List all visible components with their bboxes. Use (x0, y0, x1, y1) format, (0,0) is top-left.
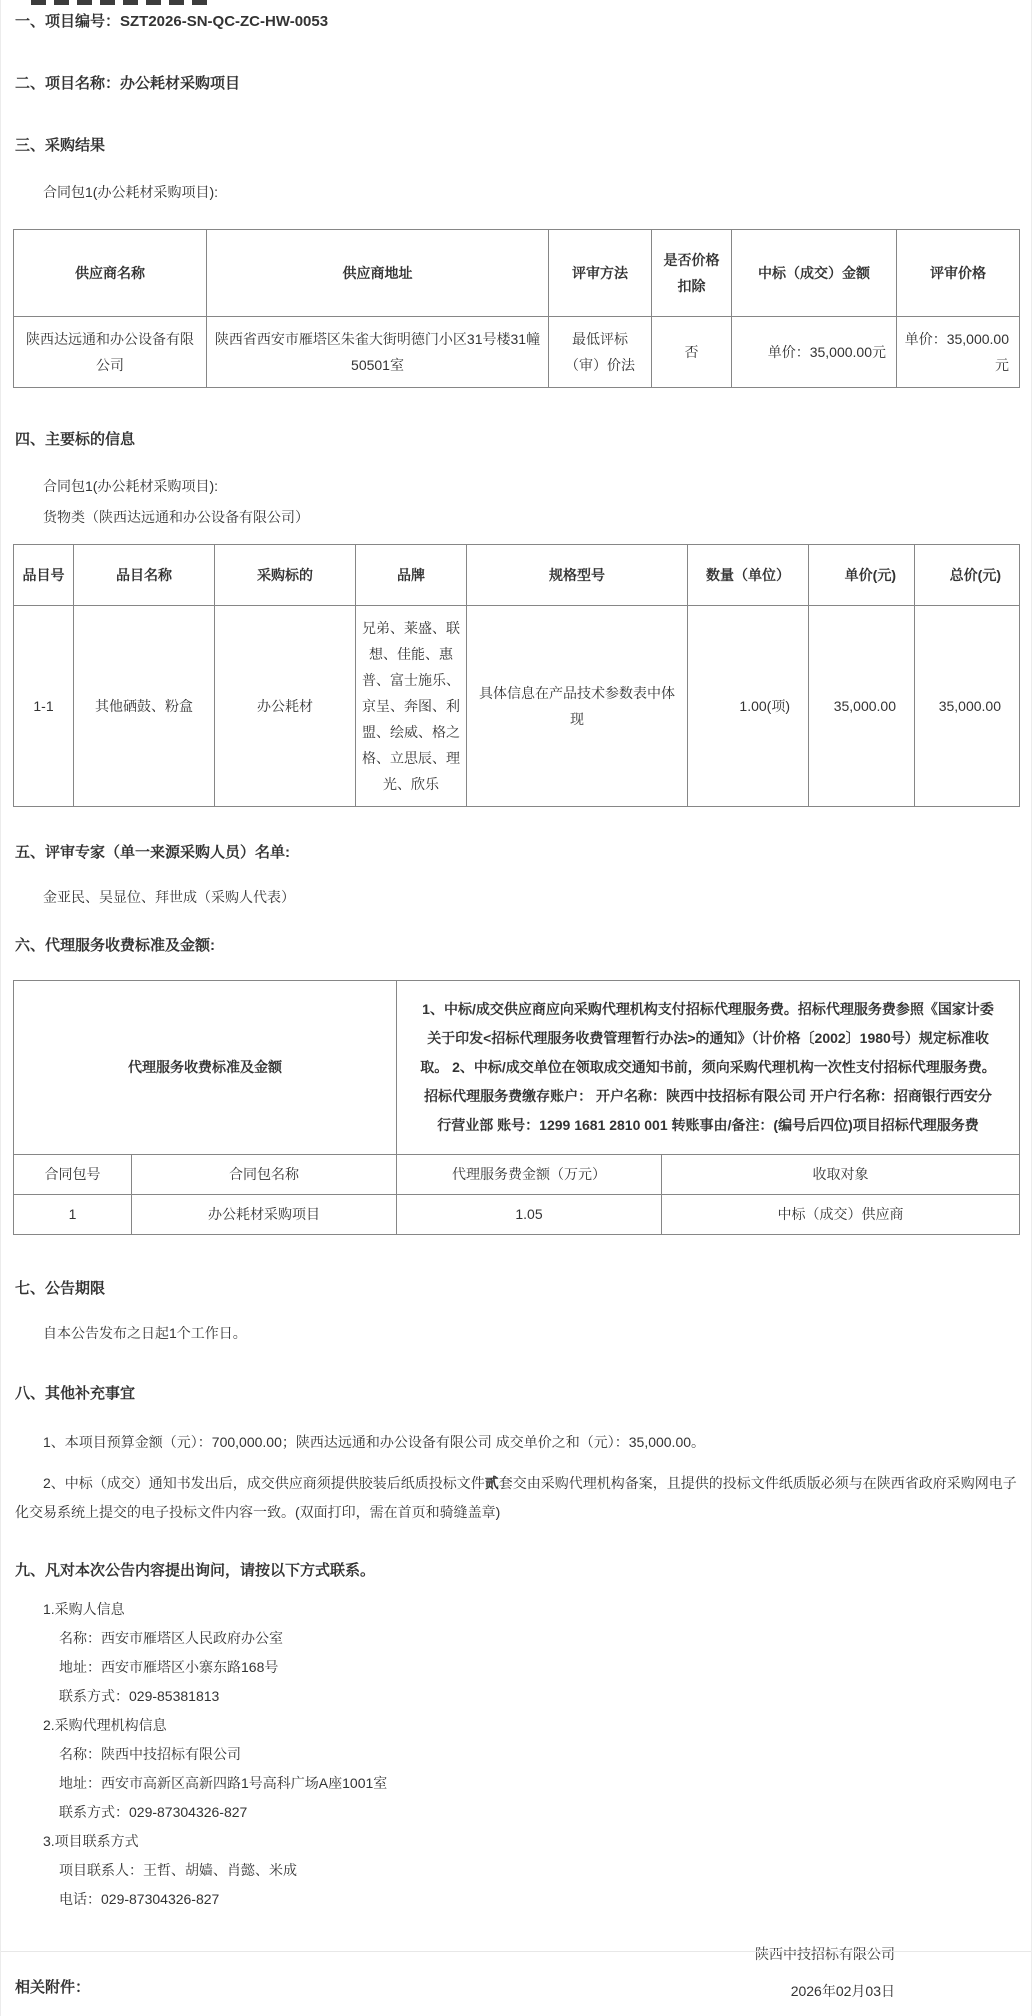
section-experts: 五、评审专家（单一来源采购人员）名单: (15, 843, 1017, 863)
cell-item-no: 1-1 (14, 606, 74, 807)
section-supplementary: 八、其他补充事宜 (15, 1384, 1017, 1404)
project-contact-phone: 电话：029-87304326-827 (59, 1885, 1031, 1914)
supplementary-item-1: 1、本项目预算金额（元）：700,000.00；陕西达远通和办公设备有限公司 成… (15, 1428, 1017, 1457)
notice-period-body: 自本公告发布之日起1个工作日。 (43, 1323, 1017, 1344)
col-item-name: 品目名称 (74, 545, 215, 606)
cell-package-name: 办公耗材采购项目 (132, 1195, 397, 1235)
col-fee-amount: 代理服务费金额（万元） (397, 1155, 662, 1195)
section-subject-info: 四、主要标的信息 (15, 430, 1017, 450)
col-package-name: 合同包名称 (132, 1155, 397, 1195)
supplementary-item-2-bold: 贰 (485, 1475, 499, 1491)
agency-fee-table: 代理服务收费标准及金额 1、中标/成交供应商应向采购代理机构支付招标代理服务费。… (13, 980, 1020, 1235)
col-procurement-subject: 采购标的 (215, 545, 356, 606)
cell-supplier-name: 陕西达远通和办公设备有限公司 (14, 317, 207, 388)
agency-info-title: 2.采购代理机构信息 (43, 1711, 1031, 1740)
purchaser-info-title: 1.采购人信息 (43, 1595, 1031, 1624)
col-package-no: 合同包号 (14, 1155, 132, 1195)
section-agency-fee: 六、代理服务收费标准及金额: (15, 936, 1017, 956)
section-procurement-result: 三、采购结果 (15, 136, 1017, 156)
section-notice-period: 七、公告期限 (15, 1279, 1017, 1299)
cell-unit-price: 35,000.00 (809, 606, 915, 807)
project-contact-persons: 项目联系人：王哲、胡嫱、肖懿、米成 (59, 1856, 1031, 1885)
fee-notice-row: 代理服务收费标准及金额 1、中标/成交供应商应向采购代理机构支付招标代理服务费。… (14, 981, 1020, 1155)
result-table-header-row: 供应商名称 供应商地址 评审方法 是否价格扣除 中标（成交）金额 评审价格 (14, 230, 1020, 317)
col-quantity: 数量（单位） (688, 545, 809, 606)
fee-header-row: 合同包号 合同包名称 代理服务费金额（万元） 收取对象 (14, 1155, 1020, 1195)
subject-table-row: 1-1 其他硒鼓、粉盒 办公耗材 兄弟、莱盛、联想、佳能、惠普、富士施乐、京呈、… (14, 606, 1020, 807)
attachments-label: 相关附件： (15, 1979, 90, 1996)
cell-supplier-address: 陕西省西安市雁塔区朱雀大街明德门小区31号楼31幢50501室 (207, 317, 549, 388)
cropped-title-fragment (31, 0, 211, 5)
cell-item-name: 其他硒鼓、粉盒 (74, 606, 215, 807)
cell-review-method: 最低评标（审）价法 (549, 317, 652, 388)
col-supplier-address: 供应商地址 (207, 230, 549, 317)
purchaser-phone: 联系方式：029-85381813 (59, 1682, 1031, 1711)
purchaser-address: 地址：西安市雁塔区小寨东路168号 (59, 1653, 1031, 1682)
col-spec-model: 规格型号 (467, 545, 688, 606)
cell-award-amount: 单价：35,000.00元 (732, 317, 897, 388)
attachments-section: 相关附件： (1, 1951, 1031, 1997)
cell-review-price: 单价：35,000.00元 (897, 317, 1020, 388)
col-unit-price: 单价(元) (809, 545, 915, 606)
agency-address: 地址：西安市高新区高新四路1号高科广场A座1001室 (59, 1769, 1031, 1798)
agency-info-block: 2.采购代理机构信息 名称：陕西中技招标有限公司 地址：西安市高新区高新四路1号… (1, 1711, 1031, 1827)
section-project-name: 二、项目名称：办公耗材采购项目 (15, 74, 1017, 94)
expert-names: 金亚民、吴显位、拜世成（采购人代表） (43, 887, 1017, 908)
cell-fee-payer: 中标（成交）供应商 (662, 1195, 1020, 1235)
project-contact-block: 3.项目联系方式 项目联系人：王哲、胡嫱、肖懿、米成 电话：029-873043… (1, 1827, 1031, 1914)
agency-phone: 联系方式：029-87304326-827 (59, 1798, 1031, 1827)
cell-price-deduction: 否 (652, 317, 732, 388)
subject-category-label: 货物类（陕西达远通和办公设备有限公司） (43, 507, 1017, 528)
supplementary-item-2-pre: 2、中标（成交）通知书发出后，成交供应商须提供胶装后纸质投标文件 (43, 1475, 485, 1491)
col-award-amount: 中标（成交）金额 (732, 230, 897, 317)
subject-package-label: 合同包1(办公耗材采购项目): (43, 476, 1017, 497)
cell-fee-amount: 1.05 (397, 1195, 662, 1235)
fee-data-row: 1 办公耗材采购项目 1.05 中标（成交）供应商 (14, 1195, 1020, 1235)
col-supplier-name: 供应商名称 (14, 230, 207, 317)
col-brand: 品牌 (356, 545, 467, 606)
project-contact-title: 3.项目联系方式 (43, 1827, 1031, 1856)
col-item-no: 品目号 (14, 545, 74, 606)
purchaser-info-block: 1.采购人信息 名称：西安市雁塔区人民政府办公室 地址：西安市雁塔区小寨东路16… (1, 1595, 1031, 1711)
cell-spec-model: 具体信息在产品技术参数表中体现 (467, 606, 688, 807)
col-review-method: 评审方法 (549, 230, 652, 317)
purchaser-name: 名称：西安市雁塔区人民政府办公室 (59, 1624, 1031, 1653)
cell-procurement-subject: 办公耗材 (215, 606, 356, 807)
result-table: 供应商名称 供应商地址 评审方法 是否价格扣除 中标（成交）金额 评审价格 陕西… (13, 229, 1020, 388)
cell-package-no: 1 (14, 1195, 132, 1235)
section-contact: 九、凡对本次公告内容提出询问，请按以下方式联系。 (15, 1561, 1017, 1581)
cell-total-price: 35,000.00 (915, 606, 1020, 807)
cell-brand: 兄弟、莱盛、联想、佳能、惠普、富士施乐、京呈、奔图、利盟、绘威、格之格、立思辰、… (356, 606, 467, 807)
supplementary-item-2: 2、中标（成交）通知书发出后，成交供应商须提供胶装后纸质投标文件贰套交由采购代理… (15, 1469, 1017, 1527)
fee-standard-notice: 1、中标/成交供应商应向采购代理机构支付招标代理服务费。招标代理服务费参照《国家… (397, 981, 1020, 1155)
subject-table-header-row: 品目号 品目名称 采购标的 品牌 规格型号 数量（单位） 单价(元) 总价(元) (14, 545, 1020, 606)
agency-name: 名称：陕西中技招标有限公司 (59, 1740, 1031, 1769)
result-table-row: 陕西达远通和办公设备有限公司 陕西省西安市雁塔区朱雀大街明德门小区31号楼31幢… (14, 317, 1020, 388)
col-review-price: 评审价格 (897, 230, 1020, 317)
col-price-deduction: 是否价格扣除 (652, 230, 732, 317)
cell-quantity: 1.00(项) (688, 606, 809, 807)
col-fee-payer: 收取对象 (662, 1155, 1020, 1195)
announcement-page: 一、项目编号：SZT2026-SN-QC-ZC-HW-0053 二、项目名称：办… (0, 0, 1032, 2016)
subject-table: 品目号 品目名称 采购标的 品牌 规格型号 数量（单位） 单价(元) 总价(元)… (13, 544, 1020, 807)
col-total-price: 总价(元) (915, 545, 1020, 606)
result-package-label: 合同包1(办公耗材采购项目): (43, 182, 1017, 203)
fee-standard-label: 代理服务收费标准及金额 (14, 981, 397, 1155)
